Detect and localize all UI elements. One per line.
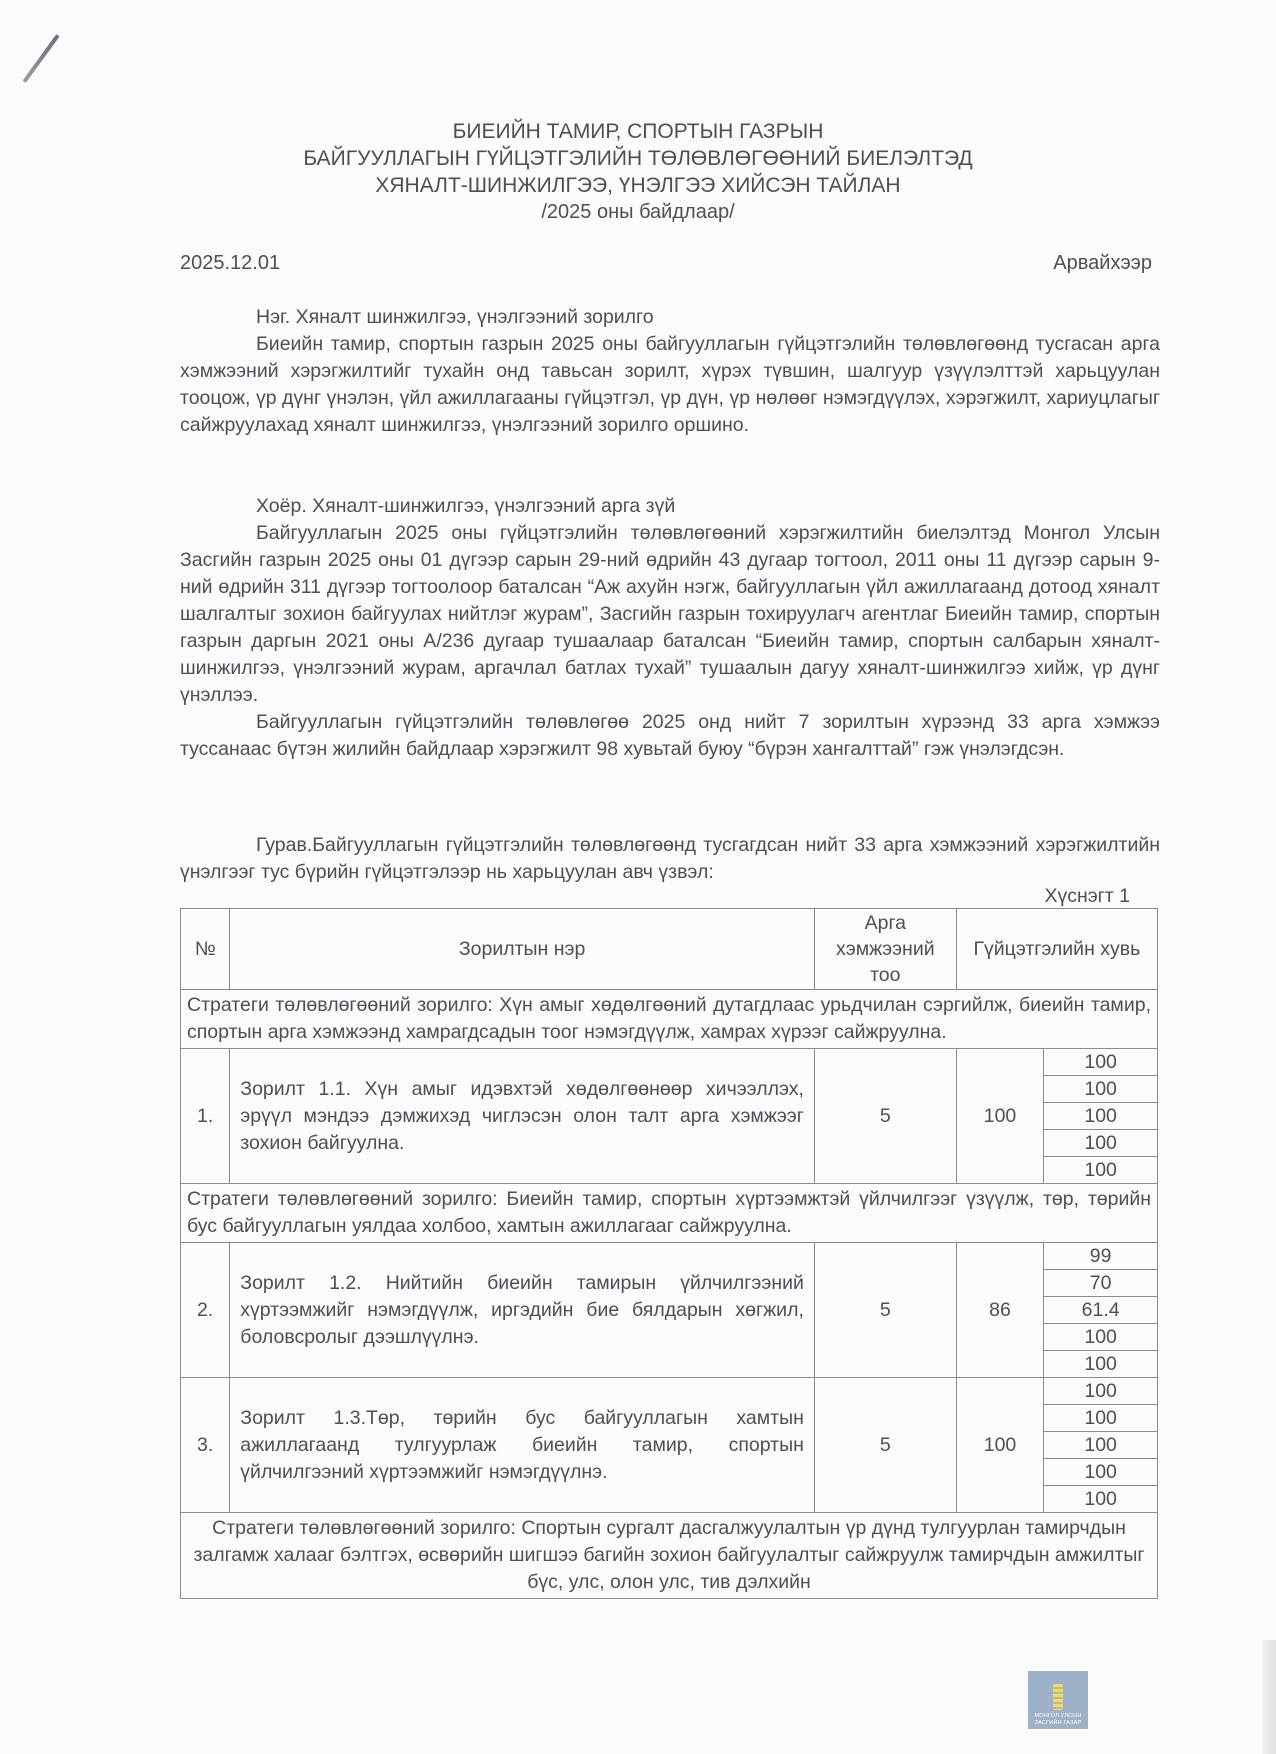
activity-percent: 100: [1044, 1405, 1158, 1432]
strategy-row: Стратеги төлөвлөгөөний зорилго: Биеийн т…: [181, 1184, 1158, 1243]
activity-percent: 70: [1044, 1270, 1158, 1297]
header-name: Зорилтын нэр: [230, 909, 815, 990]
document-place: Арвайхээр: [1053, 252, 1152, 275]
government-emblem: МОНГОЛ УЛСЫН ЗАСГИЙН ГАЗАР: [1028, 1671, 1088, 1729]
activity-percent: 100: [1044, 1459, 1158, 1486]
strategy-row: Стратеги төлөвлөгөөний зорилго: Спортын …: [181, 1513, 1158, 1599]
objective-name: Зорилт 1.1. Хүн амыг идэвхтэй хөдөлгөөнө…: [230, 1049, 815, 1184]
pen-stroke-mark: [22, 34, 59, 83]
objective-percent: 100: [956, 1378, 1044, 1513]
activity-percent: 100: [1044, 1157, 1158, 1184]
title-line-3: ХЯНАЛТ-ШИНЖИЛГЭЭ, ҮНЭЛГЭЭ ХИЙСЭН ТАЙЛАН: [0, 172, 1276, 199]
objective-percent: 100: [956, 1049, 1044, 1184]
strategy-goal-2: Стратеги төлөвлөгөөний зорилго: Биеийн т…: [181, 1184, 1158, 1243]
section-two-heading: Хоёр. Хяналт-шинжилгээ, үнэлгээний арга …: [180, 493, 1160, 520]
section-one: Нэг. Хяналт шинжилгээ, үнэлгээний зорилг…: [180, 304, 1160, 439]
strategy-row: Стратеги төлөвлөгөөний зорилго: Хүн амыг…: [181, 990, 1158, 1049]
activity-percent: 100: [1044, 1324, 1158, 1351]
activity-count: 5: [814, 1049, 956, 1184]
activity-percent: 100: [1044, 1432, 1158, 1459]
activity-count: 5: [814, 1243, 956, 1378]
strategy-goal-1: Стратеги төлөвлөгөөний зорилго: Хүн амыг…: [181, 990, 1158, 1049]
table-caption: Хүснэгт 1: [1000, 885, 1130, 908]
title-line-4: /2025 оны байдлаар/: [0, 199, 1276, 226]
title-line-1: БИЕИЙН ТАМИР, СПОРТЫН ГАЗРЫН: [0, 118, 1276, 145]
section-two: Хоёр. Хяналт-шинжилгээ, үнэлгээний арга …: [180, 493, 1160, 763]
activity-percent: 100: [1044, 1378, 1158, 1405]
objective-percent: 86: [956, 1243, 1044, 1378]
soyombo-emblem-icon: [1053, 1684, 1063, 1710]
table-header-row: № Зорилтын нэр Арга хэмжээний тоо Гүйцэт…: [181, 909, 1158, 990]
row-number: 1.: [181, 1049, 230, 1184]
activity-percent: 100: [1044, 1103, 1158, 1130]
row-number: 2.: [181, 1243, 230, 1378]
emblem-text: МОНГОЛ УЛСЫН ЗАСГИЙН ГАЗАР: [1028, 1713, 1088, 1726]
performance-table: № Зорилтын нэр Арга хэмжээний тоо Гүйцэт…: [180, 908, 1158, 1599]
section-three-paragraph: Гурав.Байгууллагын гүйцэтгэлийн төлөвлөг…: [180, 832, 1160, 886]
section-one-heading: Нэг. Хяналт шинжилгээ, үнэлгээний зорилг…: [180, 304, 1160, 331]
strategy-goal-3: Стратеги төлөвлөгөөний зорилго: Спортын …: [181, 1513, 1158, 1599]
objective-name: Зорилт 1.3.Төр, төрийн бус байгууллагын …: [230, 1378, 815, 1513]
activity-percent: 100: [1044, 1351, 1158, 1378]
section-one-paragraph: Биеийн тамир, спортын газрын 2025 оны ба…: [180, 331, 1160, 439]
activity-percent: 99: [1044, 1243, 1158, 1270]
date-place-row: 2025.12.01 Арвайхээр: [180, 252, 1152, 275]
section-two-paragraph-1: Байгууллагын 2025 оны гүйцэтгэлийн төлөв…: [180, 520, 1160, 709]
activity-count: 5: [814, 1378, 956, 1513]
objective-name: Зорилт 1.2. Нийтийн биеийн тамирын үйлчи…: [230, 1243, 815, 1378]
row-number: 3.: [181, 1378, 230, 1513]
header-count: Арга хэмжээний тоо: [814, 909, 956, 990]
page-edge-shadow: [1262, 1640, 1276, 1754]
section-three: Гурав.Байгууллагын гүйцэтгэлийн төлөвлөг…: [180, 832, 1160, 886]
header-no: №: [181, 909, 230, 990]
activity-percent: 100: [1044, 1130, 1158, 1157]
activity-percent: 100: [1044, 1076, 1158, 1103]
activity-percent: 61.4: [1044, 1297, 1158, 1324]
activity-percent: 100: [1044, 1486, 1158, 1513]
activity-percent: 100: [1044, 1049, 1158, 1076]
title-line-2: БАЙГУУЛЛАГЫН ГҮЙЦЭТГЭЛИЙН ТӨЛӨВЛӨГӨӨНИЙ …: [0, 145, 1276, 172]
table-row: 2. Зорилт 1.2. Нийтийн биеийн тамирын үй…: [181, 1243, 1158, 1270]
table-row: 3. Зорилт 1.3.Төр, төрийн бус байгууллаг…: [181, 1378, 1158, 1405]
document-date: 2025.12.01: [180, 252, 280, 275]
header-percent: Гүйцэтгэлийн хувь: [956, 909, 1157, 990]
table-row: 1. Зорилт 1.1. Хүн амыг идэвхтэй хөдөлгө…: [181, 1049, 1158, 1076]
section-two-paragraph-2: Байгууллагын гүйцэтгэлийн төлөвлөгөө 202…: [180, 709, 1160, 763]
document-title: БИЕИЙН ТАМИР, СПОРТЫН ГАЗРЫН БАЙГУУЛЛАГЫ…: [0, 118, 1276, 226]
